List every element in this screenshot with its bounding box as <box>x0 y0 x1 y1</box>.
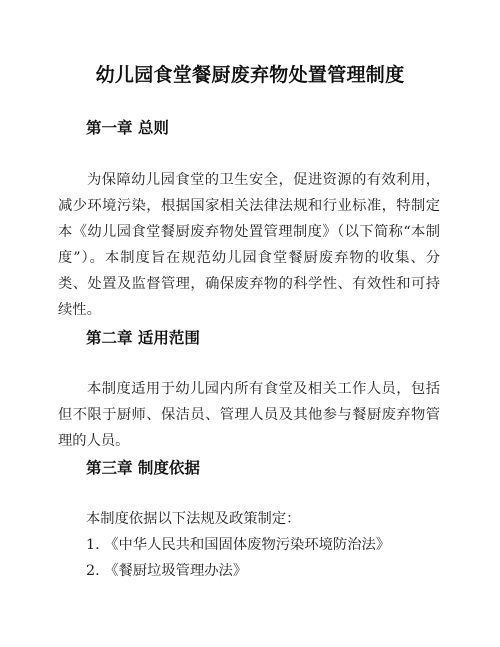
document-page: 幼儿园食堂餐厨废弃物处置管理制度 第一章 总则 为保障幼儿园食堂的卫生安全，促进… <box>0 0 500 647</box>
chapter-1-paragraph: 为保障幼儿园食堂的卫生安全，促进资源的有效利用，减少环境污染，根据国家相关法律法… <box>58 167 440 323</box>
chapter-3-intro: 本制度依据以下法规及政策制定： <box>86 506 300 532</box>
chapter-3-heading: 第三章 制度依据 <box>86 456 200 478</box>
regulation-list-item: 2. 《餐厨垃圾管理办法》 <box>86 558 247 584</box>
chapter-1-heading: 第一章 总则 <box>86 116 169 138</box>
chapter-2-paragraph: 本制度适用于幼儿园内所有食堂及相关工作人员，包括但不限于厨师、保洁员、管理人员及… <box>58 376 440 454</box>
chapter-2-heading: 第二章 适用范围 <box>86 326 200 348</box>
document-title: 幼儿园食堂餐厨废弃物处置管理制度 <box>0 60 500 87</box>
regulation-list-item: 1. 《中华人民共和国固体废物污染环境防治法》 <box>86 532 390 558</box>
